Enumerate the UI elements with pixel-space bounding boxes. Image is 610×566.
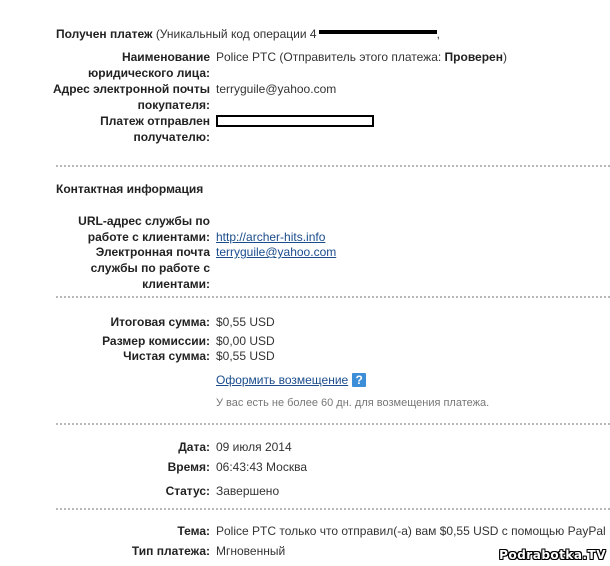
support-url-link[interactable]: http://archer-hits.info (216, 230, 325, 244)
status-value: Завершено (216, 483, 279, 499)
redacted-recipient (216, 115, 374, 127)
support-email-label-line3: клиентами: (91, 276, 210, 292)
date-label: Дата: (178, 439, 210, 455)
refund-note: У вас есть не более 60 дн. для возмещени… (216, 397, 489, 409)
fee-label: Размер комиссии: (102, 333, 210, 349)
header-end: , (437, 27, 440, 41)
company-name: Police PTC (216, 50, 276, 64)
total-amount-value: $0,55 USD (216, 314, 275, 330)
net-amount-label: Чистая сумма: (123, 348, 210, 364)
company-name-label-line2: юридического лица: (88, 65, 210, 81)
net-amount-value: $0,55 USD (216, 348, 275, 364)
verification-prefix: (Отправитель этого платежа: (279, 50, 444, 64)
redacted-transaction-id (319, 30, 437, 34)
payment-received-header: Получен платеж (Уникальный код операции … (56, 27, 440, 41)
payment-type-value: Мгновенный (216, 543, 285, 559)
contact-info-title: Контактная информация (56, 182, 203, 196)
company-name-label-line1: Наименование (88, 49, 210, 65)
refund-value: Оформить возмещение? (216, 372, 366, 388)
sent-to-label-line1: Платеж отправлен (100, 113, 210, 129)
sent-to-label: Платеж отправлен получателю: (100, 113, 210, 145)
transaction-id-label: (Уникальный код операции 4 (156, 27, 317, 41)
support-email-link[interactable]: terryguile@yahoo.com (216, 245, 336, 259)
company-name-label: Наименование юридического лица: (88, 49, 210, 81)
section-divider (56, 423, 610, 425)
buyer-email-label-line2: покупателя: (53, 97, 210, 113)
verification-status: Проверен (445, 50, 503, 64)
payment-received-title: Получен платеж (56, 27, 152, 41)
support-email-label-line2: службы по работе с (91, 260, 210, 276)
payment-type-label: Тип платежа: (132, 543, 210, 559)
status-label: Статус: (166, 483, 210, 499)
section-divider (56, 508, 610, 510)
time-label: Время: (168, 459, 210, 475)
support-url-label-line1: URL-адрес службы по (78, 213, 210, 229)
issue-refund-link[interactable]: Оформить возмещение (216, 373, 348, 387)
support-email-label: Электронная почта службы по работе с кли… (91, 244, 210, 292)
sent-to-label-line2: получателю: (100, 129, 210, 145)
payment-details-page: Получен платеж (Уникальный код операции … (0, 0, 610, 566)
support-url-value: http://archer-hits.info (216, 229, 325, 245)
section-divider (56, 165, 610, 167)
support-email-value: terryguile@yahoo.com (216, 244, 336, 260)
buyer-email-value: terryguile@yahoo.com (216, 81, 336, 97)
time-value: 06:43:43 Москва (216, 459, 307, 475)
support-url-label-line2: работе с клиентами: (78, 229, 210, 245)
total-amount-label: Итоговая сумма: (110, 314, 210, 330)
fee-value: $0,00 USD (216, 333, 275, 349)
support-url-label: URL-адрес службы по работе с клиентами: (78, 213, 210, 245)
subject-value: Police PTC только что отправил(-а) вам $… (216, 523, 606, 539)
verification-suffix: ) (503, 50, 507, 64)
section-divider (56, 296, 610, 298)
buyer-email-label-line1: Адрес электронной почты (53, 81, 210, 97)
sent-to-value (216, 113, 374, 129)
help-icon[interactable]: ? (352, 373, 366, 387)
support-email-label-line1: Электронная почта (91, 244, 210, 260)
subject-label: Тема: (177, 523, 210, 539)
watermark: Podrabotka.TV (499, 548, 606, 562)
date-value: 09 июля 2014 (216, 439, 292, 455)
company-name-value: Police PTC (Отправитель этого платежа: П… (216, 49, 507, 65)
buyer-email-label: Адрес электронной почты покупателя: (53, 81, 210, 113)
